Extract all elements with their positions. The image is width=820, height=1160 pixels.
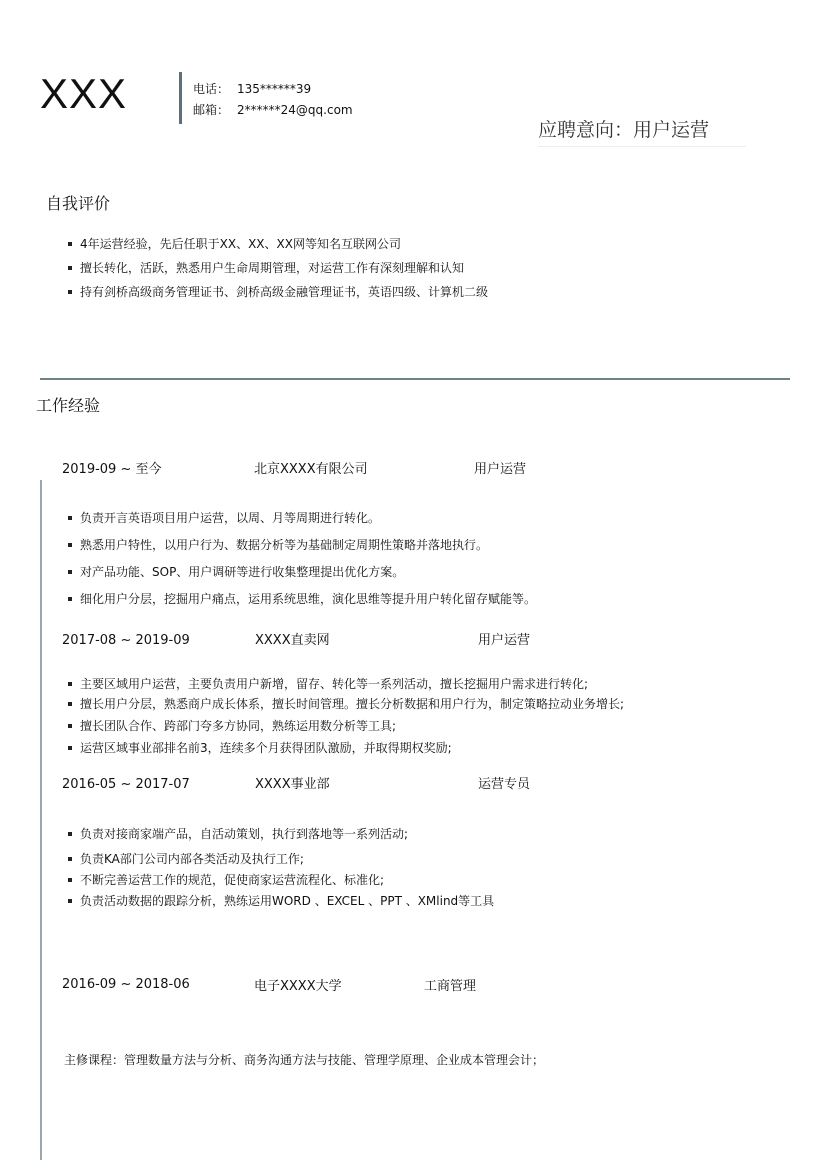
list-item: 持有剑桥高级商务管理证书、剑桥高级金融管理证书，英语四级、计算机二级 xyxy=(68,284,488,300)
experience-entry-list: 主要区域用户运营，主要负责用户新增，留存、转化等一系列活动，擅长挖掘用户需求进行… xyxy=(68,676,624,756)
candidate-name: XXX xyxy=(40,70,127,118)
list-item: 擅长用户分层，熟悉商户成长体系，擅长时间管理。擅长分析数据和用户行为，制定策略拉… xyxy=(68,696,624,712)
phone-row: 电话：135******39 xyxy=(193,81,311,97)
experience-entry-list: 负责对接商家端产品，自活动策划，执行到落地等一系列活动; 负责KA部门公司内部各… xyxy=(68,826,494,909)
list-item: 负责活动数据的跟踪分析，熟练运用WORD 、EXCEL 、PPT 、XMlind… xyxy=(68,893,494,909)
list-item: 熟悉用户特性，以用户行为、数据分析等为基础制定周期性策略并落地执行。 xyxy=(68,537,536,553)
list-item: 擅长转化，活跃，熟悉用户生命周期管理，对运营工作有深刻理解和认知 xyxy=(68,260,488,276)
email-label: 邮箱： xyxy=(193,103,229,117)
entry-position: 用户运营 xyxy=(478,632,530,650)
education-school: 电子XXXX大学 xyxy=(254,978,342,996)
entry-period: 2016-05 ~ 2017-07 xyxy=(62,776,190,794)
job-intent: 应聘意向：用户运营 xyxy=(538,118,746,147)
list-item: 不断完善运营工作的规范，促使商家运营流程化、标准化; xyxy=(68,872,494,888)
list-item: 4年运营经验，先后任职于XX、XX、XX网等知名互联网公司 xyxy=(68,236,488,252)
experience-entry-header: 2016-05 ~ 2017-07 XXXX事业部 运营专员 xyxy=(0,776,820,794)
education-period: 2016-09 ~ 2018-06 xyxy=(62,976,190,994)
list-item: 主要区域用户运营，主要负责用户新增，留存、转化等一系列活动，擅长挖掘用户需求进行… xyxy=(68,676,624,692)
phone-label: 电话： xyxy=(193,82,229,96)
list-item: 擅长团队合作、跨部门夸多方协同，熟练运用数分析等工具; xyxy=(68,718,624,734)
entry-position: 用户运营 xyxy=(474,461,526,479)
self-evaluation-list: 4年运营经验，先后任职于XX、XX、XX网等知名互联网公司 擅长转化，活跃，熟悉… xyxy=(68,236,488,300)
phone-value: 135******39 xyxy=(237,82,311,96)
list-item: 细化用户分层，挖掘用户痛点，运用系统思维，演化思维等提升用户转化留存赋能等。 xyxy=(68,591,536,607)
education-entry-header: 2016-09 ~ 2018-06 电子XXXX大学 工商管理 xyxy=(0,976,820,994)
contact-accent-bar xyxy=(179,72,182,124)
list-item: 负责对接商家端产品，自活动策划，执行到落地等一系列活动; xyxy=(68,826,494,842)
list-item: 负责开言英语项目用户运营，以周、月等周期进行转化。 xyxy=(68,510,536,526)
entry-company: XXXX事业部 xyxy=(255,776,330,794)
entry-period: 2017-08 ~ 2019-09 xyxy=(62,632,190,650)
section-divider xyxy=(40,378,790,380)
section-title-work-experience: 工作经验 xyxy=(36,396,100,416)
entry-company: 北京XXXX有限公司 xyxy=(254,461,368,479)
list-item: 负责KA部门公司内部各类活动及执行工作; xyxy=(68,851,494,867)
section-title-self-evaluation: 自我评价 xyxy=(46,194,110,214)
list-item: 运营区域事业部排名前3，连续多个月获得团队激励，并取得期权奖励; xyxy=(68,740,624,756)
list-item: 对产品功能、SOP、用户调研等进行收集整理提出优化方案。 xyxy=(68,564,536,580)
experience-entry-header: 2019-09 ~ 至今 北京XXXX有限公司 用户运营 xyxy=(0,461,820,479)
entry-position: 运营专员 xyxy=(478,776,530,794)
entry-company: XXXX直卖网 xyxy=(255,632,330,650)
email-value: 2******24@qq.com xyxy=(237,103,353,117)
education-major: 工商管理 xyxy=(424,978,476,996)
timeline-line xyxy=(40,480,42,1160)
education-courses: 主修课程：管理数量方法与分析、商务沟通方法与技能、管理学原理、企业成本管理会计； xyxy=(64,1052,544,1068)
experience-entry-header: 2017-08 ~ 2019-09 XXXX直卖网 用户运营 xyxy=(0,632,820,650)
email-row: 邮箱：2******24@qq.com xyxy=(193,102,353,118)
experience-entry-list: 负责开言英语项目用户运营，以周、月等周期进行转化。 熟悉用户特性，以用户行为、数… xyxy=(68,510,536,607)
entry-period: 2019-09 ~ 至今 xyxy=(62,461,161,479)
